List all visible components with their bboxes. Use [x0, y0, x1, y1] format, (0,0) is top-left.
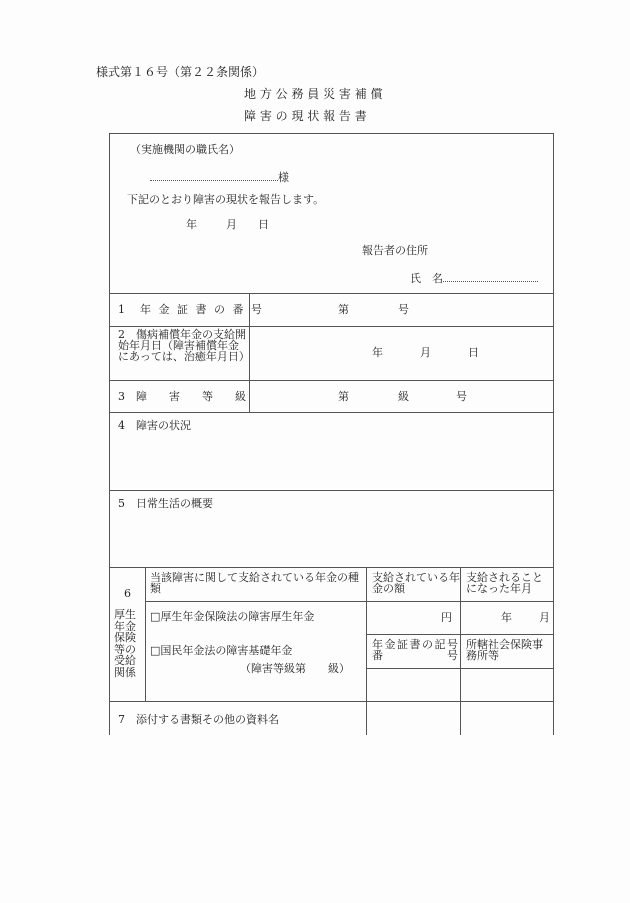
cert-number-field[interactable]: [367, 669, 460, 701]
pension-start-header: 支給されることになった年月: [466, 572, 552, 594]
reporter-name-label: 氏 名: [410, 272, 443, 285]
reporter-name-field[interactable]: 氏 名: [410, 271, 538, 284]
basic-pension-grade: （障害等級第 級）: [240, 663, 350, 674]
disability-grade-label: 3 障 害 等 級: [118, 391, 246, 402]
office-header: 所轄社会保険事務所等: [466, 639, 552, 661]
form-title-line2: 障 害 の 現 状 報 告 書: [244, 110, 367, 122]
office-field[interactable]: [461, 669, 553, 701]
disability-status-label: 4 障害の状況: [118, 420, 191, 431]
payment-start-date-field[interactable]: [250, 327, 553, 380]
form-number: 様式第１６号（第２２条関係）: [96, 66, 264, 78]
pension-start-field[interactable]: [461, 602, 553, 634]
pension-amount-field[interactable]: [367, 602, 460, 634]
date-year-label: 年: [186, 219, 197, 230]
daily-life-field[interactable]: [110, 514, 553, 567]
disability-grade-field[interactable]: [250, 381, 553, 412]
pension-type-header: 当該障害に関して支給されている年金の種類: [150, 572, 364, 594]
reporter-address-label: 報告者の住所: [362, 245, 428, 256]
pension-cert-number-field[interactable]: [250, 294, 553, 326]
pension-relation-label: 厚生年金保険等の受給関係: [114, 609, 138, 678]
option-employee-pension-checkbox[interactable]: □厚生年金保険法の障害厚生年金: [150, 611, 314, 622]
attachments-label: 7 添付する書類その他の資料名: [118, 714, 279, 725]
payment-start-date-label: 2 傷病補償年金の支給開始年月日（障害補償年金にあっては、治癒年月日）: [118, 329, 246, 362]
pension-cert-number-label: 1 年 金 証 書 の 番 号: [118, 304, 264, 315]
recipient-suffix: 様: [278, 171, 289, 184]
date-month-label: 月: [226, 219, 237, 230]
daily-life-label: 5 日常生活の概要: [118, 498, 213, 509]
recipient-label: （実施機関の職氏名）: [130, 144, 240, 155]
disability-status-field[interactable]: [110, 436, 553, 490]
recipient-field[interactable]: 様: [150, 170, 289, 183]
attachments-field[interactable]: [367, 702, 553, 735]
form-title-line1: 地 方 公 務 員 災 害 補 償: [244, 88, 383, 100]
cert-number-header: 年金証書の記号番号: [372, 639, 458, 661]
pension-amount-header: 支給されている年金の額: [372, 572, 460, 594]
date-day-label: 日: [258, 219, 269, 230]
section6-number: 6: [124, 588, 131, 599]
option-basic-pension-checkbox[interactable]: □国民年金法の障害基礎年金: [150, 645, 292, 656]
statement: 下記のとおり障害の現状を報告します。: [127, 194, 324, 205]
